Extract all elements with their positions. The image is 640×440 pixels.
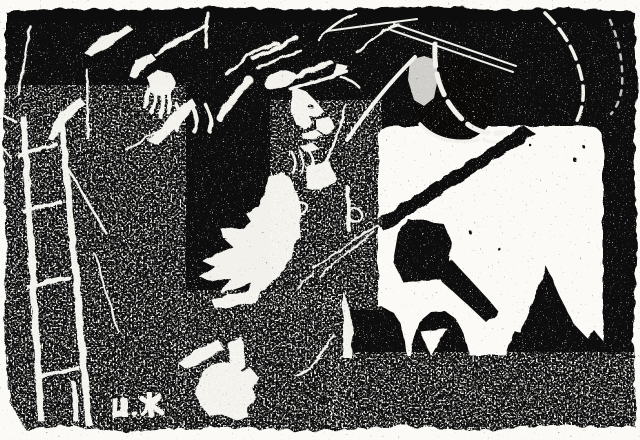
grain-grime	[0, 0, 640, 440]
woodcut-canvas: High-contrast black-and-white woodcut il…	[0, 0, 640, 440]
print-grain	[0, 0, 640, 440]
woodcut-print: High-contrast black-and-white woodcut il…	[0, 0, 640, 440]
